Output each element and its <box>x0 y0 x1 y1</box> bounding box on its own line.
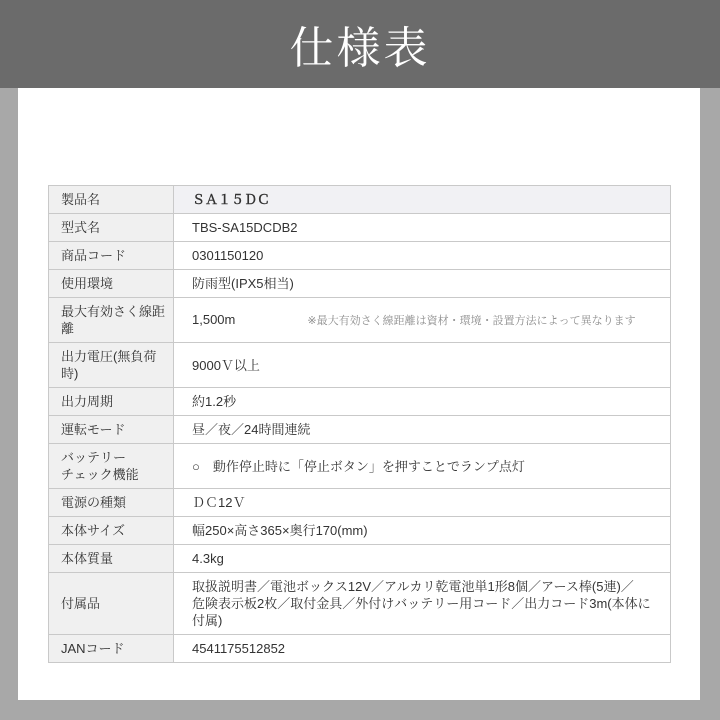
table-row: 型式名TBS-SA15DCDB2 <box>49 214 671 242</box>
row-value: 幅250×高さ365×奥行170(mm) <box>174 517 671 545</box>
row-value: ○ 動作停止時に「停止ボタン」を押すことでランプ点灯 <box>174 444 671 489</box>
page: 仕様表 製品名ＳＡ１５ＤＣ型式名TBS-SA15DCDB2商品コード030115… <box>0 0 720 720</box>
page-title: 仕様表 <box>290 12 431 76</box>
row-value-note: ※最大有効さく線距離は資材・環境・設置方法によって異なります <box>307 315 635 327</box>
table-row: 使用環境防雨型(IPX5相当) <box>49 270 671 298</box>
row-value: 昼／夜／24時間連続 <box>174 416 671 444</box>
table-row: 付属品取扱説明書／電池ボックス12V／アルカリ乾電池単1形8個／アース棒(5連)… <box>49 573 671 635</box>
row-label: 型式名 <box>49 214 174 242</box>
table-row: 電源の種類ＤＣ12Ｖ <box>49 489 671 517</box>
table-row: 製品名ＳＡ１５ＤＣ <box>49 186 671 214</box>
row-value-text: TBS-SA15DCDB2 <box>192 220 297 235</box>
spec-table-body: 製品名ＳＡ１５ＤＣ型式名TBS-SA15DCDB2商品コード0301150120… <box>49 186 671 663</box>
row-value-text: 0301150120 <box>192 248 263 263</box>
table-row: 最大有効さく線距離1,500m※最大有効さく線距離は資材・環境・設置方法によって… <box>49 298 671 343</box>
table-row: 商品コード0301150120 <box>49 242 671 270</box>
row-value-text: ＳＡ１５ＤＣ <box>192 192 270 207</box>
table-row: バッテリーチェック機能○ 動作停止時に「停止ボタン」を押すことでランプ点灯 <box>49 444 671 489</box>
row-value-text: 4541175512852 <box>192 641 285 656</box>
row-label: 出力電圧(無負荷時) <box>49 343 174 388</box>
row-value-text: 幅250×高さ365×奥行170(mm) <box>192 523 368 538</box>
row-value-text: ○ 動作停止時に「停止ボタン」を押すことでランプ点灯 <box>192 459 525 474</box>
row-label: JANコード <box>49 635 174 663</box>
row-value: TBS-SA15DCDB2 <box>174 214 671 242</box>
row-value: 9000Ｖ以上 <box>174 343 671 388</box>
row-value-text: 取扱説明書／電池ボックス12V／アルカリ乾電池単1形8個／アース棒(5連)／危険… <box>192 579 651 628</box>
table-row: 出力周期約1.2秒 <box>49 388 671 416</box>
table-row: 出力電圧(無負荷時)9000Ｖ以上 <box>49 343 671 388</box>
row-label: 本体サイズ <box>49 517 174 545</box>
row-value: ＤＣ12Ｖ <box>174 489 671 517</box>
row-value-text: 防雨型(IPX5相当) <box>192 276 294 291</box>
row-value: 4541175512852 <box>174 635 671 663</box>
table-row: 本体サイズ幅250×高さ365×奥行170(mm) <box>49 517 671 545</box>
row-label: 使用環境 <box>49 270 174 298</box>
row-label: バッテリーチェック機能 <box>49 444 174 489</box>
row-value-text: 約1.2秒 <box>192 394 236 409</box>
row-value: 0301150120 <box>174 242 671 270</box>
row-value-text: 1,500m <box>192 312 235 327</box>
row-value: 取扱説明書／電池ボックス12V／アルカリ乾電池単1形8個／アース棒(5連)／危険… <box>174 573 671 635</box>
row-value-text: ＤＣ12Ｖ <box>192 495 245 510</box>
row-value: 約1.2秒 <box>174 388 671 416</box>
table-row: 運転モード昼／夜／24時間連続 <box>49 416 671 444</box>
row-value-text: 4.3kg <box>192 551 224 566</box>
row-label: 製品名 <box>49 186 174 214</box>
header-bar: 仕様表 <box>0 0 720 88</box>
row-value-text: 9000Ｖ以上 <box>192 358 260 373</box>
row-label: 電源の種類 <box>49 489 174 517</box>
table-row: JANコード4541175512852 <box>49 635 671 663</box>
row-label: 商品コード <box>49 242 174 270</box>
row-label: 本体質量 <box>49 545 174 573</box>
row-value: 1,500m※最大有効さく線距離は資材・環境・設置方法によって異なります <box>174 298 671 343</box>
row-label: 出力周期 <box>49 388 174 416</box>
row-value-text: 昼／夜／24時間連続 <box>192 422 310 437</box>
table-row: 本体質量4.3kg <box>49 545 671 573</box>
row-value: 防雨型(IPX5相当) <box>174 270 671 298</box>
row-value: 4.3kg <box>174 545 671 573</box>
row-label: 付属品 <box>49 573 174 635</box>
row-label: 最大有効さく線距離 <box>49 298 174 343</box>
row-value: ＳＡ１５ＤＣ <box>174 186 671 214</box>
row-label: 運転モード <box>49 416 174 444</box>
spec-table: 製品名ＳＡ１５ＤＣ型式名TBS-SA15DCDB2商品コード0301150120… <box>48 185 671 663</box>
content-panel: 製品名ＳＡ１５ＤＣ型式名TBS-SA15DCDB2商品コード0301150120… <box>18 88 700 700</box>
